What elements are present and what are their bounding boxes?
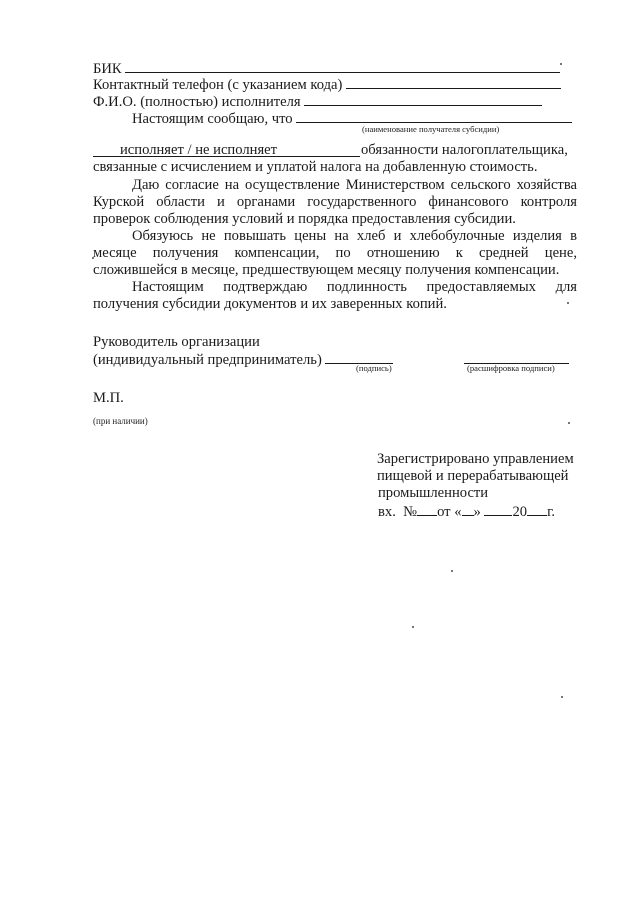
registration-line1: Зарегистрировано управлением	[377, 451, 574, 468]
signature-field[interactable]	[325, 350, 393, 364]
vat-line1-tail: обязанности налогоплательщика,	[361, 142, 568, 159]
scan-speck	[92, 257, 94, 259]
in-number-field[interactable]	[417, 502, 437, 516]
registration-line3: промышленности	[378, 485, 488, 502]
number-sign: №	[403, 504, 417, 520]
fio-field[interactable]	[304, 92, 542, 106]
vat-line2: связанные с исчислением и уплатой налога…	[93, 159, 537, 176]
scan-speck	[451, 570, 453, 572]
scan-speck	[561, 696, 563, 698]
prices-line1: Обязуюсь не повышать цены на хлеб и хлеб…	[132, 228, 577, 245]
bik-field[interactable]	[125, 59, 560, 73]
confirm-line2: получения субсидии документов и их завер…	[93, 296, 447, 313]
scan-speck	[560, 63, 562, 65]
year-suffix: г.	[547, 504, 555, 520]
year-prefix: 20	[512, 504, 527, 520]
scan-speck	[567, 302, 569, 304]
recipient-field[interactable]	[296, 109, 572, 123]
vat-option[interactable]: исполняет / не исполняет	[120, 142, 277, 159]
notify-row: Настоящим сообщаю, что	[132, 109, 572, 128]
phone-label: Контактный телефон (с указанием кода)	[93, 77, 342, 93]
notify-label: Настоящим сообщаю, что	[132, 111, 293, 127]
quote-close: »	[474, 504, 481, 520]
prices-line3: сложившейся в месяце, предшествующем мес…	[93, 262, 559, 279]
phone-field[interactable]	[346, 75, 561, 89]
signature-caption: (подпись)	[356, 363, 392, 373]
stamp-label: М.П.	[93, 390, 124, 407]
consent-line3: проверок соблюдения условий и порядка пр…	[93, 211, 516, 228]
from-label: от «	[437, 504, 461, 520]
consent-line2: Курской области и органами государственн…	[93, 194, 577, 211]
fio-label: Ф.И.О. (полностью) исполнителя	[93, 94, 301, 110]
day-field[interactable]	[462, 502, 474, 516]
in-label: вх.	[378, 504, 396, 520]
stamp-caption: (при наличии)	[93, 416, 148, 426]
recipient-caption: (наименование получателя субсидии)	[362, 124, 499, 134]
entrepreneur-row: (индивидуальный предприниматель)	[93, 350, 393, 369]
year-field[interactable]	[527, 502, 547, 516]
document-page: БИК Контактный телефон (с указанием кода…	[0, 0, 635, 905]
scan-speck	[568, 422, 570, 424]
consent-line1: Даю согласие на осуществление Министерст…	[132, 177, 577, 194]
decoding-caption: (расшифровка подписи)	[467, 363, 555, 373]
registration-line2: пищевой и перерабатывающей	[377, 468, 569, 485]
prices-line2: месяце получения компенсации, по отношен…	[93, 245, 577, 262]
month-field[interactable]	[484, 502, 512, 516]
registration-number-row: вх. №от «» 20г.	[378, 502, 555, 521]
confirm-line1: Настоящим подтверждаю подлинность предос…	[132, 279, 577, 296]
scan-speck	[412, 626, 414, 628]
head-label: Руководитель организации	[93, 334, 260, 351]
entrepreneur-label: (индивидуальный предприниматель)	[93, 352, 322, 368]
